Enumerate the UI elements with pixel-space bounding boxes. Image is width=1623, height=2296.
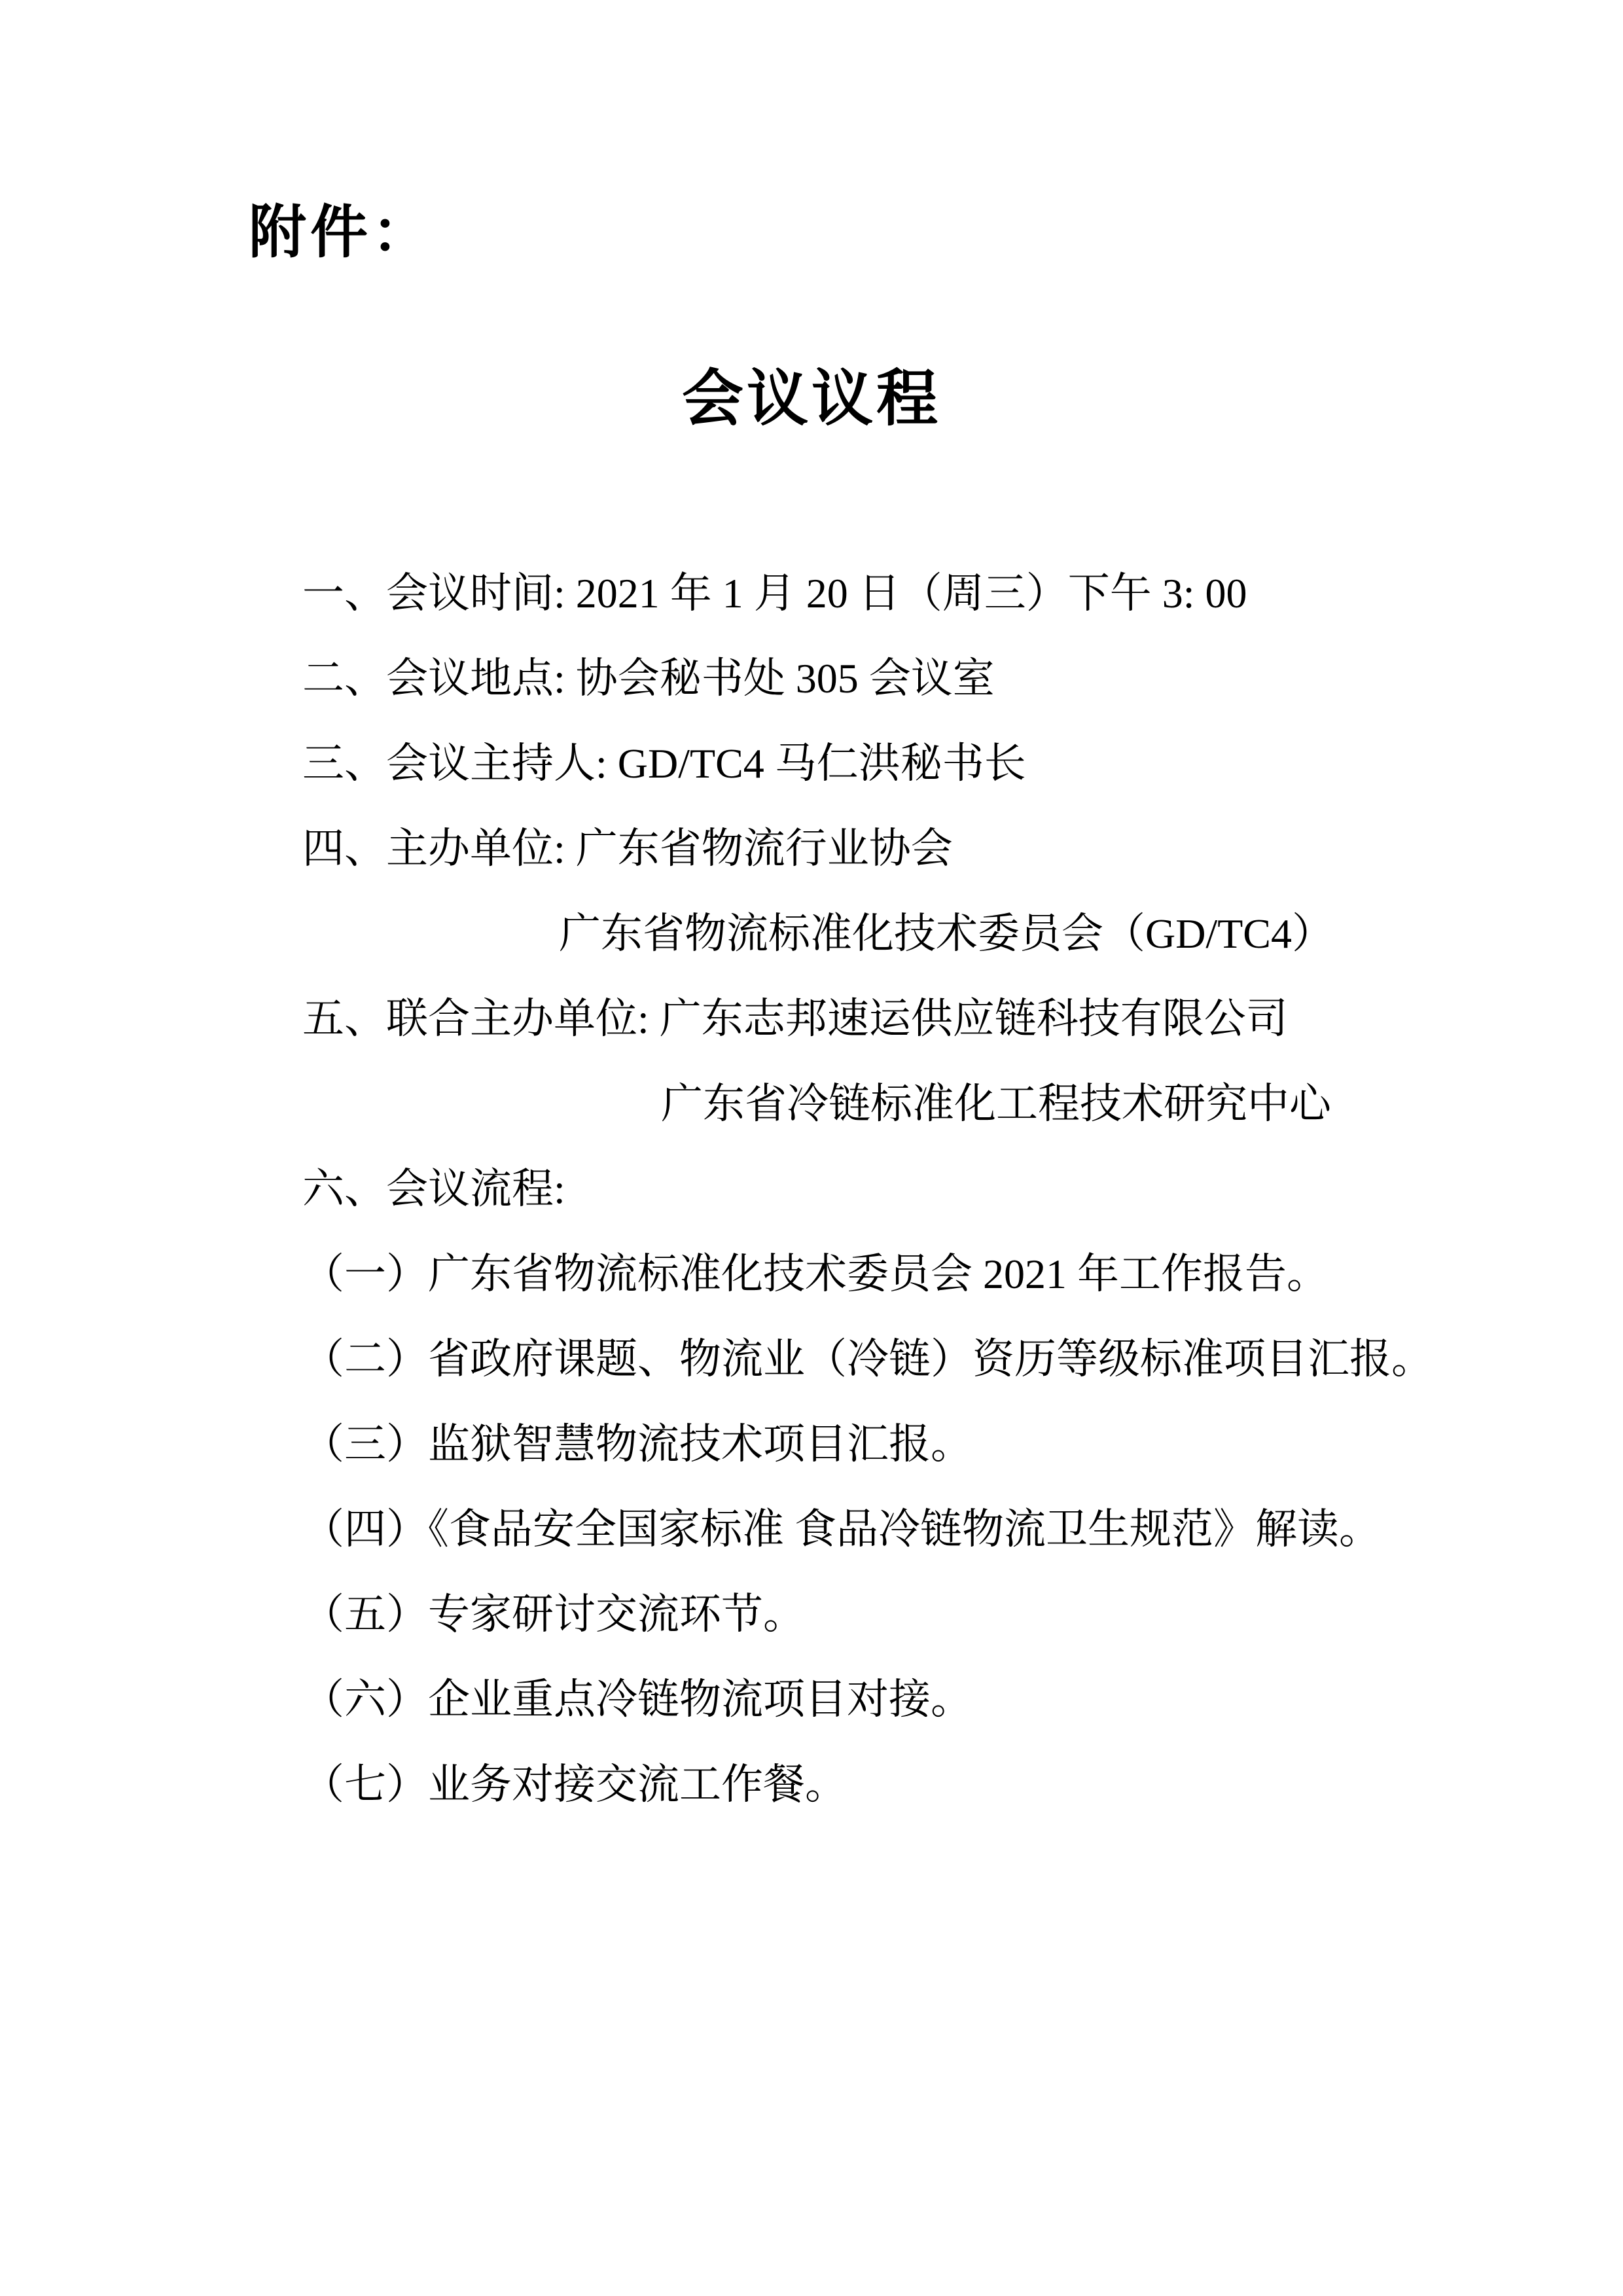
agenda-line-organizer-cont: 广东省物流标准化技术委员会（GD/TC4） (302, 891, 1433, 977)
agenda-line-meeting-host: 三、会议主持人: GD/TC4 马仁洪秘书长 (302, 721, 1433, 806)
agenda-line-co-organizer-cont: 广东省冷链标准化工程技术研究中心 (302, 1062, 1433, 1147)
agenda-body: 一、会议时间: 2021 年 1 月 20 日（周三）下午 3: 00 二、会议… (302, 551, 1433, 1827)
agenda-line-process-4: （四）《食品安全国家标准 食品冷链物流卫生规范》解读。 (302, 1487, 1433, 1572)
attachment-label: 附件： (249, 200, 433, 266)
agenda-line-meeting-place: 二、会议地点: 协会秘书处 305 会议室 (302, 636, 1433, 721)
document-page: 附件： 会议议程 一、会议时间: 2021 年 1 月 20 日（周三）下午 3… (0, 0, 1623, 2296)
agenda-line-co-organizer: 五、联合主办单位: 广东志邦速运供应链科技有限公司 (302, 977, 1433, 1062)
agenda-line-process-header: 六、会议流程: (302, 1147, 1433, 1232)
agenda-line-organizer: 四、主办单位: 广东省物流行业协会 (302, 806, 1433, 891)
agenda-line-process-3: （三）监狱智慧物流技术项目汇报。 (302, 1402, 1433, 1487)
agenda-line-process-7: （七）业务对接交流工作餐。 (302, 1742, 1433, 1827)
agenda-line-process-6: （六）企业重点冷链物流项目对接。 (302, 1657, 1433, 1742)
agenda-line-process-5: （五）专家研讨交流环节。 (302, 1572, 1433, 1657)
agenda-line-meeting-time: 一、会议时间: 2021 年 1 月 20 日（周三）下午 3: 00 (302, 551, 1433, 636)
agenda-line-process-2: （二）省政府课题、物流业（冷链）资历等级标准项目汇报。 (302, 1317, 1433, 1402)
page-title: 会议议程 (0, 364, 1623, 435)
agenda-line-process-1: （一）广东省物流标准化技术委员会 2021 年工作报告。 (302, 1232, 1433, 1317)
